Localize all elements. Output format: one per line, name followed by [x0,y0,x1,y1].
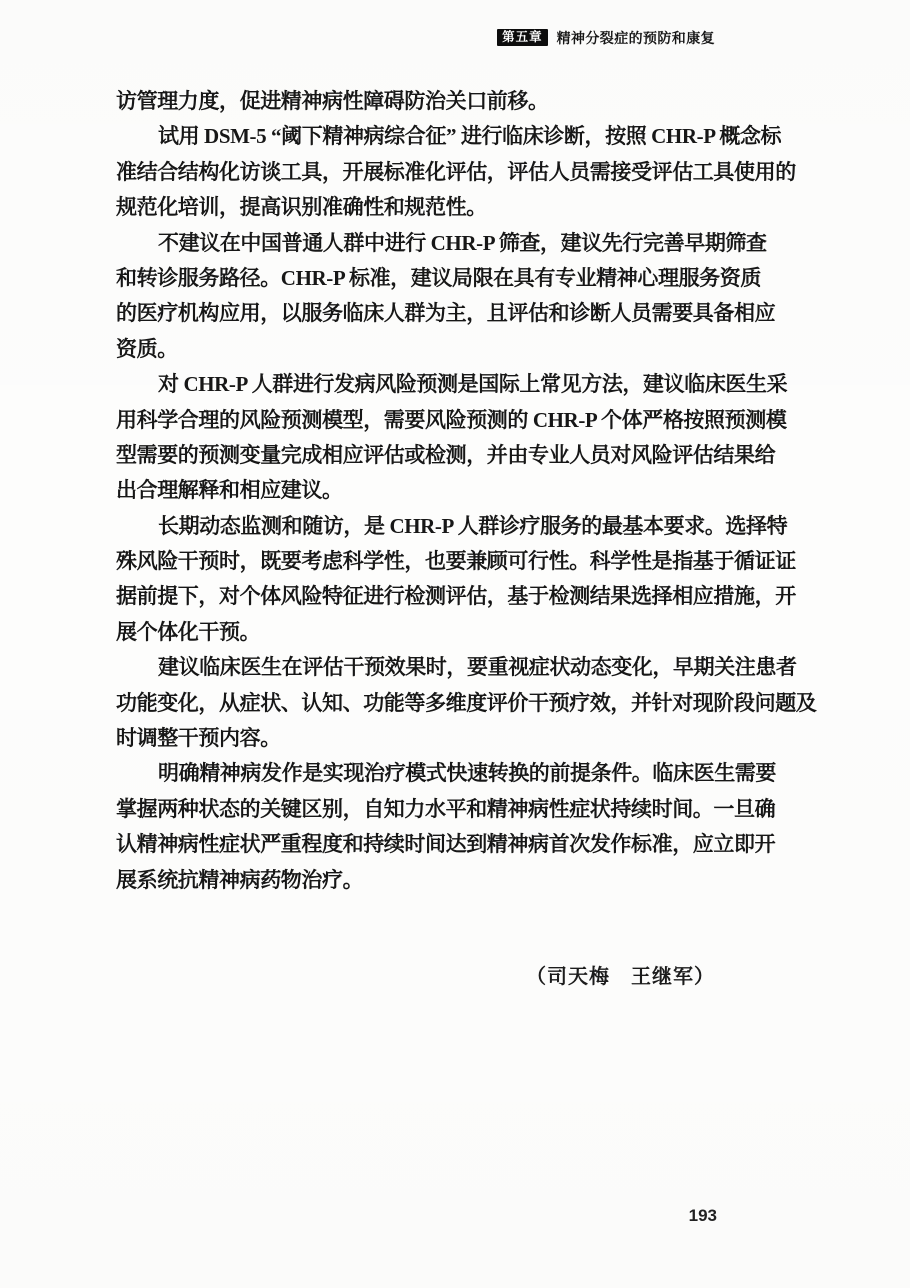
text-line: 时调整干预内容。 [116,721,720,756]
chapter-title: 精神分裂症的预防和康复 [557,28,715,48]
text-line: 访管理力度，促进精神病性障碍防治关口前移。 [116,84,720,119]
text-line: 长期动态监测和随访，是 CHR-P 人群诊疗服务的最基本要求。选择特 [116,509,720,544]
text-line: 出合理解释和相应建议。 [116,473,720,508]
body-text-block: 访管理力度，促进精神病性障碍防治关口前移。试用 DSM-5 “阈下精神病综合征”… [116,84,720,898]
paragraph: 对 CHR-P 人群进行发病风险预测是国际上常见方法，建议临床医生采用科学合理的… [116,367,720,509]
chapter-badge: 第五章 [497,29,548,46]
text-line: 功能变化，从症状、认知、功能等多维度评价干预疗效，并针对现阶段问题及 [116,686,720,721]
text-line: 展系统抗精神病药物治疗。 [116,863,720,898]
text-line: 型需要的预测变量完成相应评估或检测，并由专业人员对风险评估结果给 [116,438,720,473]
page-number: 193 [689,1206,717,1226]
text-line: 掌握两种状态的关键区别，自知力水平和精神病性症状持续时间。一旦确 [116,792,720,827]
paragraph: 明确精神病发作是实现治疗模式快速转换的前提条件。临床医生需要掌握两种状态的关键区… [116,756,720,898]
text-line: 展个体化干预。 [116,615,720,650]
paragraph: 访管理力度，促进精神病性障碍防治关口前移。 [116,84,720,119]
scanned-book-page: 第五章 精神分裂症的预防和康复 访管理力度，促进精神病性障碍防治关口前移。试用 … [0,0,910,1288]
text-line: 建议临床医生在评估干预效果时，要重视症状动态变化，早期关注患者 [116,650,720,685]
text-line: 殊风险干预时，既要考虑科学性，也要兼顾可行性。科学性是指基于循证证 [116,544,720,579]
running-head: 第五章 精神分裂症的预防和康复 [497,28,715,47]
text-line: 明确精神病发作是实现治疗模式快速转换的前提条件。临床医生需要 [116,756,720,791]
text-line: 据前提下，对个体风险特征进行检测评估，基于检测结果选择相应措施，开 [116,579,720,614]
text-line: 规范化培训，提高识别准确性和规范性。 [116,190,720,225]
text-line: 和转诊服务路径。CHR-P 标准，建议局限在具有专业精神心理服务资质 [116,261,720,296]
paragraph: 试用 DSM-5 “阈下精神病综合征” 进行临床诊断，按照 CHR-P 概念标准… [116,119,720,225]
text-line: 用科学合理的风险预测模型，需要风险预测的 CHR-P 个体严格按照预测模 [116,403,720,438]
paragraph: 建议临床医生在评估干预效果时，要重视症状动态变化，早期关注患者功能变化，从症状、… [116,650,720,756]
text-line: 认精神病性症状严重程度和持续时间达到精神病首次发作标准，应立即开 [116,827,720,862]
text-line: 不建议在中国普通人群中进行 CHR-P 筛查，建议先行完善早期筛查 [116,226,720,261]
text-line: 准结合结构化访谈工具，开展标准化评估，评估人员需接受评估工具使用的 [116,155,720,190]
text-line: 资质。 [116,332,720,367]
paragraph: 不建议在中国普通人群中进行 CHR-P 筛查，建议先行完善早期筛查和转诊服务路径… [116,226,720,368]
text-line: 的医疗机构应用，以服务临床人群为主，且评估和诊断人员需要具备相应 [116,296,720,331]
text-line: 对 CHR-P 人群进行发病风险预测是国际上常见方法，建议临床医生采 [116,367,720,402]
author-signature: （司天梅 王继军） [526,960,715,989]
text-line: 试用 DSM-5 “阈下精神病综合征” 进行临床诊断，按照 CHR-P 概念标 [116,119,720,154]
paragraph: 长期动态监测和随访，是 CHR-P 人群诊疗服务的最基本要求。选择特殊风险干预时… [116,509,720,651]
